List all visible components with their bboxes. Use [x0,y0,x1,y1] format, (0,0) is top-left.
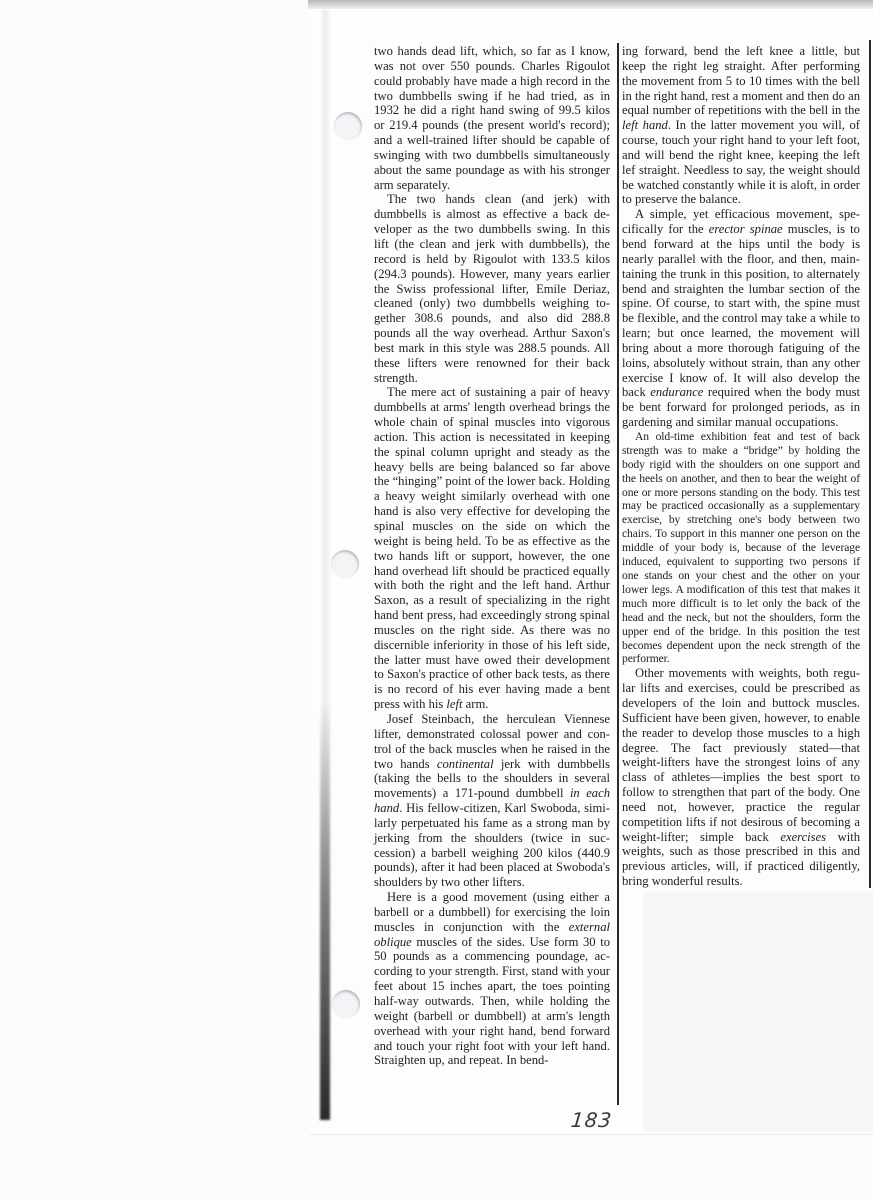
paragraph: Josef Steinbach, the herculean Viennese … [374,712,610,890]
right-column: ing forward, bend the left knee a little… [622,44,860,889]
punch-hole-middle [331,550,359,578]
paragraph: Other movements with weights, both regu­… [622,666,860,889]
paragraph: A simple, yet efficacious movement, spe­… [622,207,860,430]
binding-shadow-dark [320,700,330,1120]
punch-hole-bottom [332,990,360,1018]
punch-hole-top [334,112,362,140]
paragraph: two hands dead lift, which, so far as I … [374,44,610,192]
paragraph: ing forward, bend the left knee a little… [622,44,860,207]
paragraph: The mere act of sustaining a pair of hea… [374,385,610,712]
handwritten-page-number: 183 [570,1108,614,1132]
paragraph: Here is a good movement (using either a … [374,890,610,1068]
column-rule-left [617,43,619,1105]
paragraph: An old-time exhibition feat and test of … [622,430,860,666]
paragraph: The two hands clean (and jerk) with dumb… [374,192,610,385]
left-column: two hands dead lift, which, so far as I … [374,44,610,1068]
column-rule-right [869,40,871,888]
scanner-edge [308,0,873,9]
blank-paper-region [643,892,873,1132]
